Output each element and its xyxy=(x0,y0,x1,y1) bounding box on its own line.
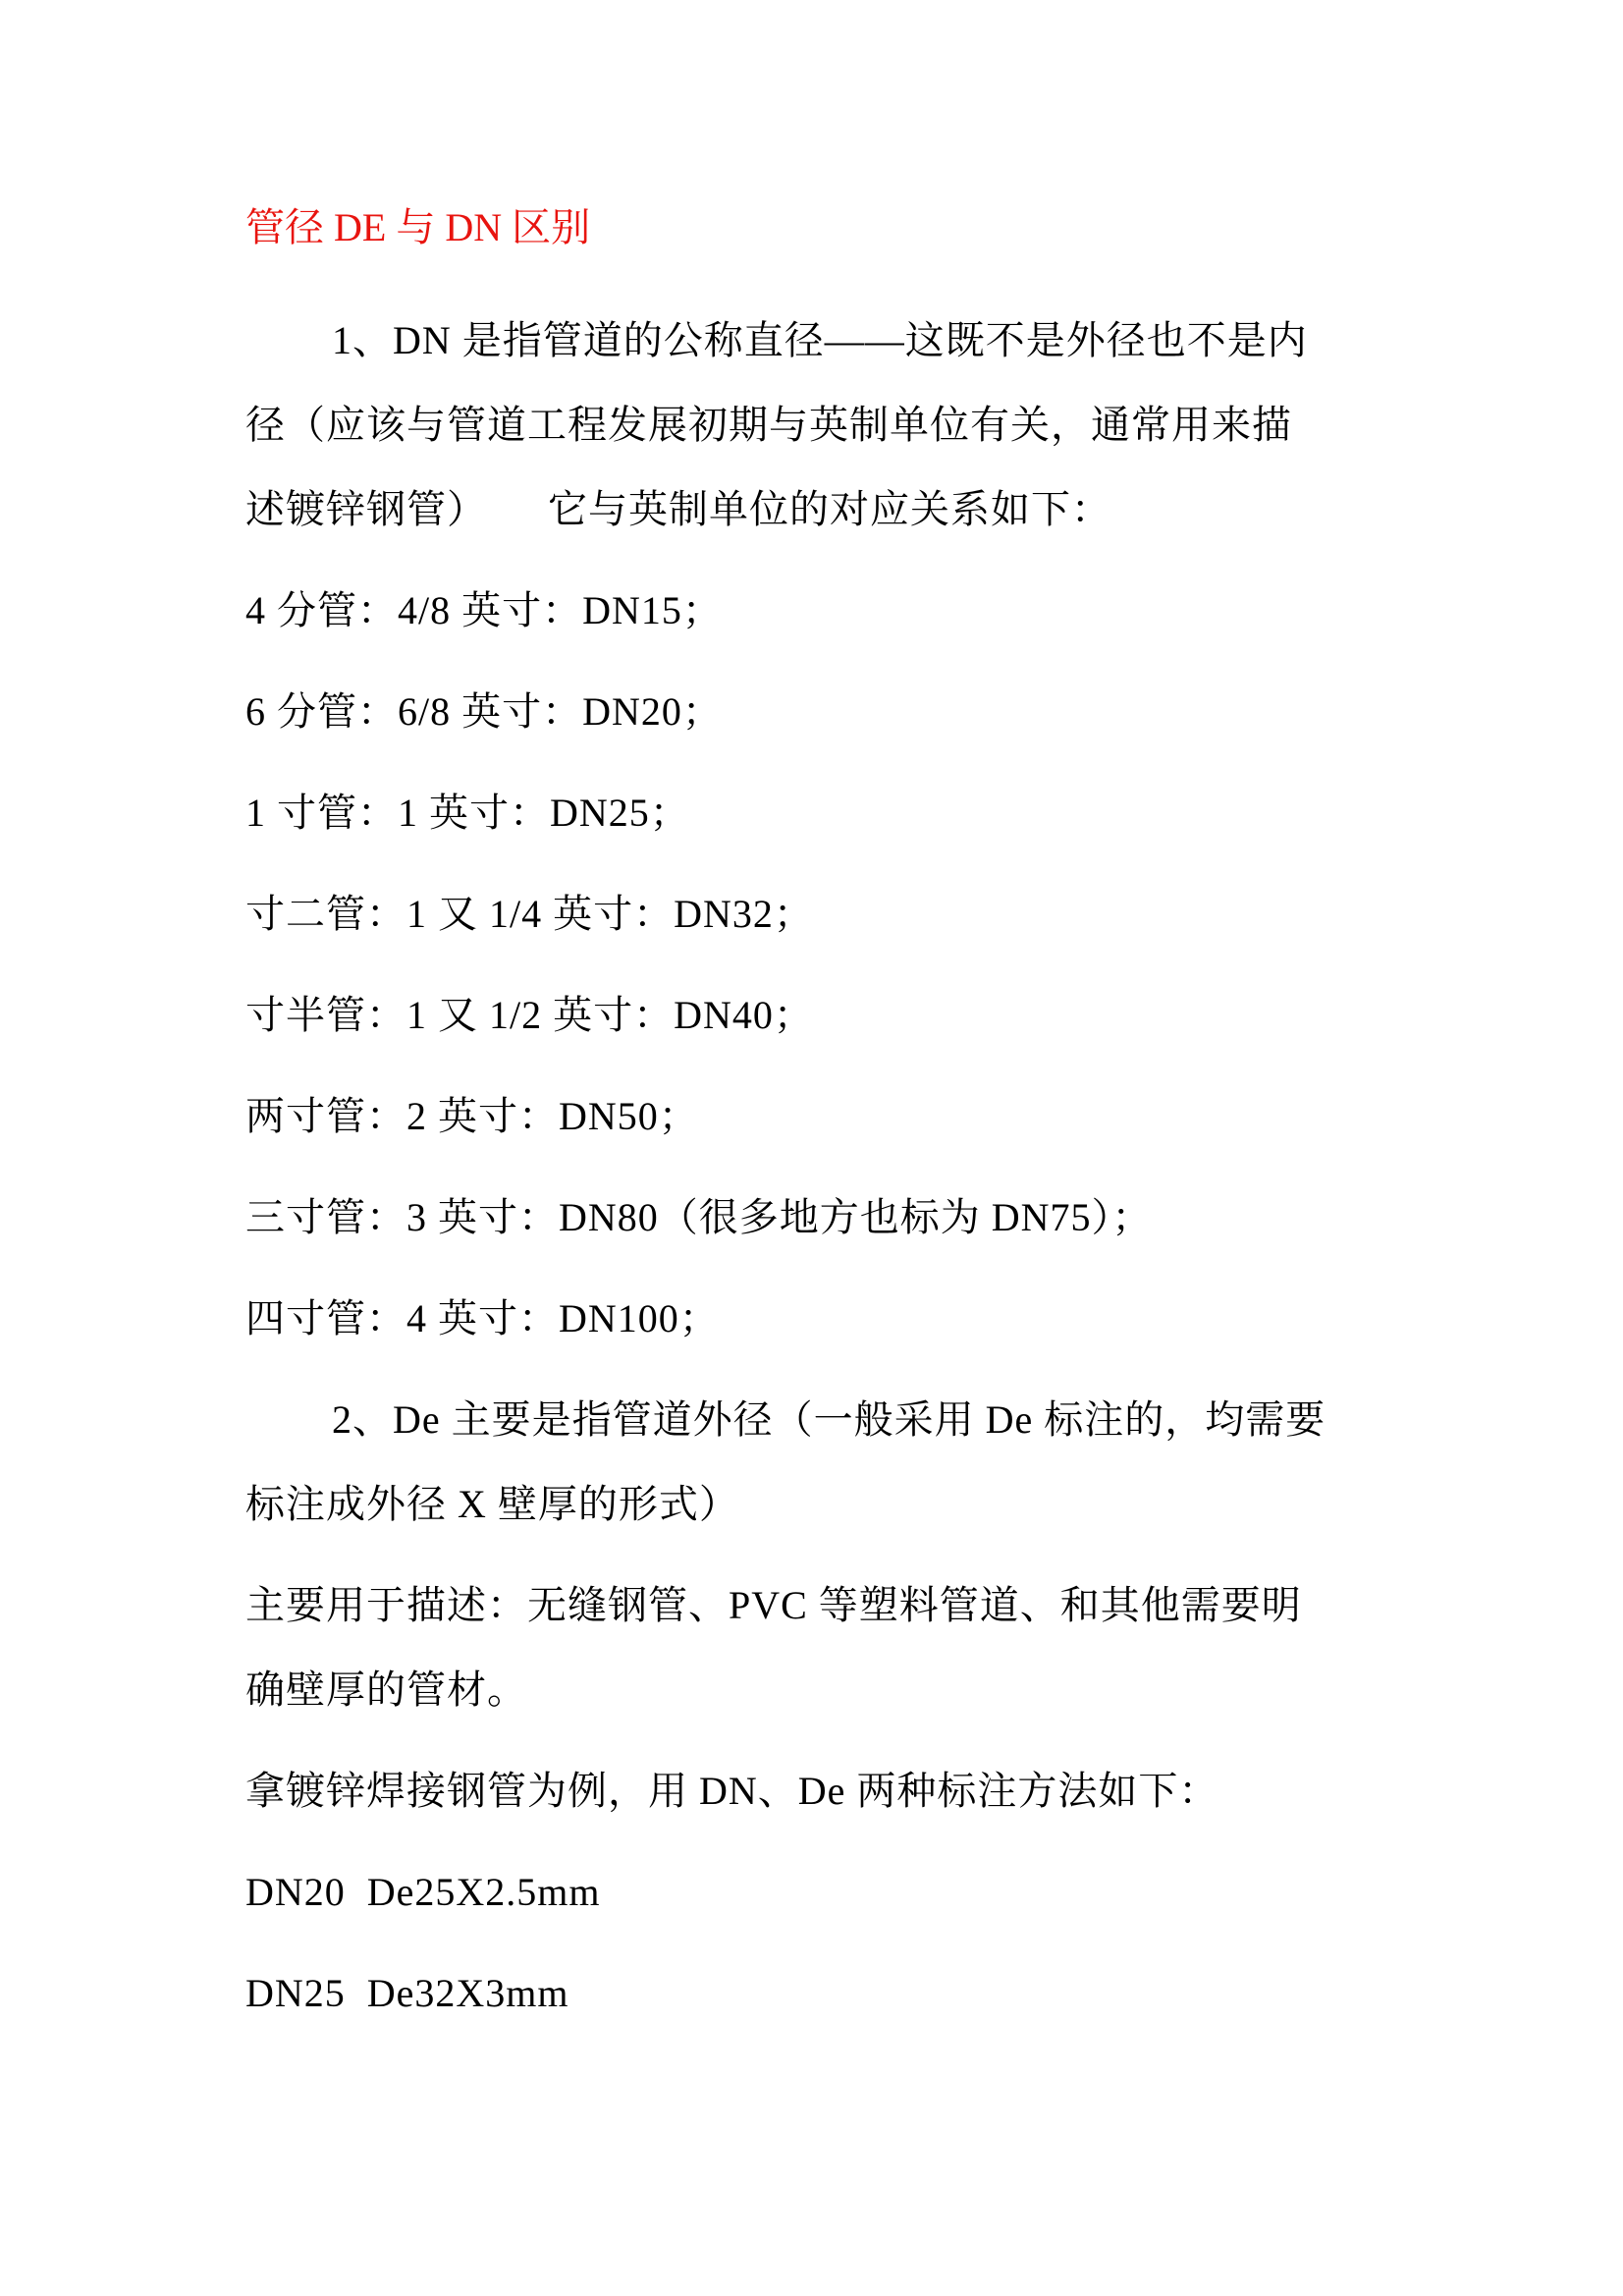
text-line: 两寸管：2 英寸：DN50； xyxy=(245,1074,1380,1159)
text-line: 标注成外径 X 壁厚的形式） xyxy=(245,1462,1380,1547)
paragraph: 1 寸管：1 英寸：DN25； xyxy=(245,771,1380,855)
paragraph: 三寸管：3 英寸：DN80（很多地方也标为 DN75）； xyxy=(245,1175,1380,1260)
text-line: 径（应该与管道工程发展初期与英制单位有关，通常用来描 xyxy=(245,383,1380,467)
text-line: 三寸管：3 英寸：DN80（很多地方也标为 DN75）； xyxy=(245,1175,1380,1260)
text-line: 主要用于描述：无缝钢管、PVC 等塑料管道、和其他需要明 xyxy=(245,1563,1380,1648)
paragraph: 1、DN 是指管道的公称直径——这既不是外径也不是内 径（应该与管道工程发展初期… xyxy=(245,299,1380,552)
paragraph: 主要用于描述：无缝钢管、PVC 等塑料管道、和其他需要明 确壁厚的管材。 xyxy=(245,1563,1380,1732)
text-line: 1 寸管：1 英寸：DN25； xyxy=(245,771,1380,855)
text-line: 2、De 主要是指管道外径（一般采用 De 标注的，均需要 xyxy=(245,1378,1380,1462)
text-line: 四寸管：4 英寸：DN100； xyxy=(245,1277,1380,1361)
paragraph: DN25 De32X3mm xyxy=(245,1951,1380,2036)
text-line: 6 分管：6/8 英寸：DN20； xyxy=(245,670,1380,754)
text-line: 寸二管：1 又 1/4 英寸：DN32； xyxy=(245,872,1380,957)
text-line: 1、DN 是指管道的公称直径——这既不是外径也不是内 xyxy=(245,299,1380,383)
paragraph: 2、De 主要是指管道外径（一般采用 De 标注的，均需要 标注成外径 X 壁厚… xyxy=(245,1378,1380,1547)
paragraph: 四寸管：4 英寸：DN100； xyxy=(245,1277,1380,1361)
text-line: 拿镀锌焊接钢管为例，用 DN、De 两种标注方法如下： xyxy=(245,1749,1380,1833)
paragraph: 两寸管：2 英寸：DN50； xyxy=(245,1074,1380,1159)
document-page: 管径 DE 与 DN 区别 1、DN 是指管道的公称直径——这既不是外径也不是内… xyxy=(0,0,1623,2296)
text-line: 确壁厚的管材。 xyxy=(245,1648,1380,1732)
text-line: 述镀锌钢管） 它与英制单位的对应关系如下： xyxy=(245,467,1380,552)
paragraph: 寸二管：1 又 1/4 英寸：DN32； xyxy=(245,872,1380,957)
text-line: DN20 De25X2.5mm xyxy=(245,1850,1380,1935)
paragraph: 寸半管：1 又 1/2 英寸：DN40； xyxy=(245,973,1380,1058)
paragraph: DN20 De25X2.5mm xyxy=(245,1850,1380,1935)
text-line: DN25 De32X3mm xyxy=(245,1951,1380,2036)
paragraph: 拿镀锌焊接钢管为例，用 DN、De 两种标注方法如下： xyxy=(245,1749,1380,1833)
page-title: 管径 DE 与 DN 区别 xyxy=(245,198,1380,257)
text-line: 寸半管：1 又 1/2 英寸：DN40； xyxy=(245,973,1380,1058)
text-line: 4 分管：4/8 英寸：DN15； xyxy=(245,569,1380,653)
paragraph: 6 分管：6/8 英寸：DN20； xyxy=(245,670,1380,754)
paragraph: 4 分管：4/8 英寸：DN15； xyxy=(245,569,1380,653)
